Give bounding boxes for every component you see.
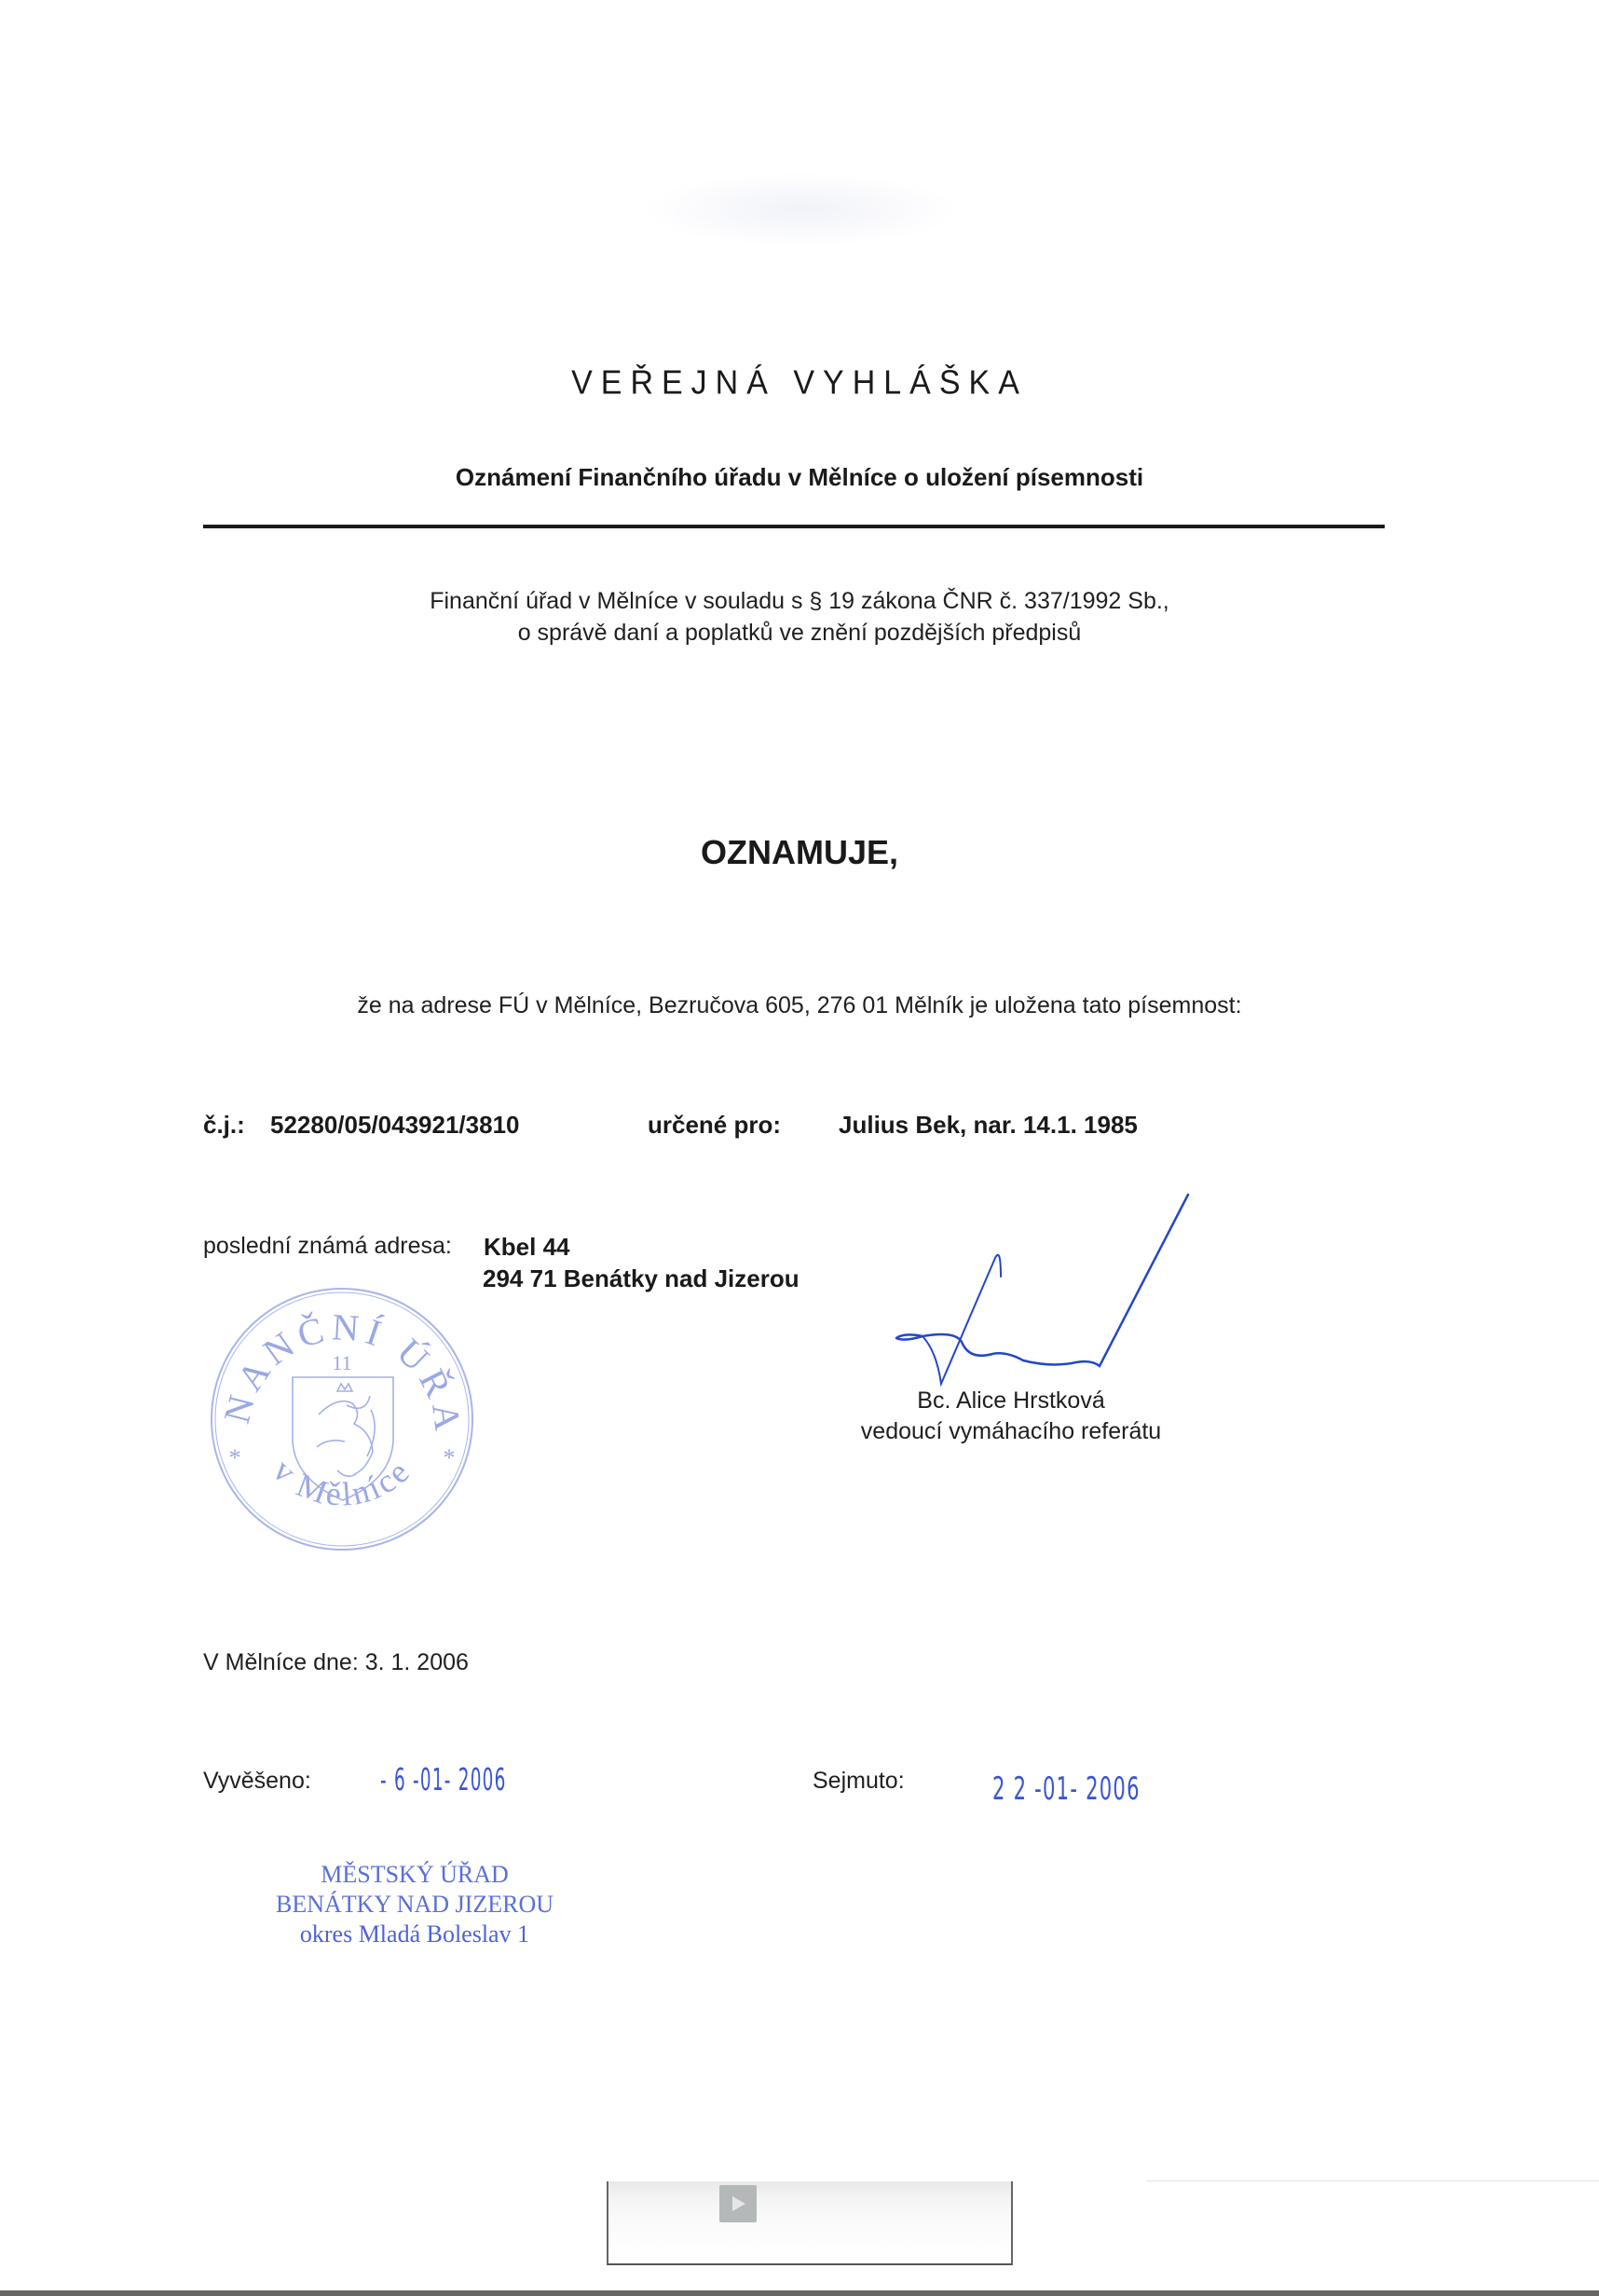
- removed-date-stamp: 2 2 -01- 2006: [992, 1770, 1141, 1808]
- signer-role: vedoucí vymáhacího referátu: [801, 1416, 1221, 1447]
- scan-edge-line: [1146, 2180, 1599, 2181]
- office-stamp-line: okres Mladá Boleslav 1: [224, 1920, 606, 1949]
- svg-text:v Mělníce: v Mělníce: [266, 1452, 417, 1513]
- announce-heading: OZNAMUJE,: [0, 833, 1599, 872]
- signature: [885, 1193, 1202, 1416]
- posted-label: Vyvěšeno:: [203, 1768, 311, 1795]
- office-stamp-line: BENÁTKY NAD JIZEROU: [224, 1890, 606, 1920]
- posted-date-stamp: - 6 -01- 2006: [380, 1761, 507, 1797]
- legal-intro-line: o správě daní a poplatků ve znění pozděj…: [0, 617, 1599, 649]
- official-seal-icon: FINANČNÍ ÚŘAD v Mělníce 11 * *: [207, 1284, 477, 1554]
- svg-text:*: *: [444, 1444, 456, 1471]
- document-title: VEŘEJNÁ VYHLÁŠKA: [0, 364, 1599, 403]
- recipient-label: určené pro:: [648, 1111, 781, 1140]
- legal-intro: Finanční úřad v Mělníce v souladu s § 19…: [0, 585, 1599, 649]
- removed-label: Sejmuto:: [813, 1768, 905, 1795]
- office-stamp-line: MĚSTSKÝ ÚŘAD: [224, 1860, 606, 1890]
- signer-block: Bc. Alice Hrstková vedoucí vymáhacího re…: [801, 1386, 1221, 1447]
- storage-statement: že na adrese FÚ v Mělníce, Bezručova 605…: [0, 992, 1599, 1019]
- address-label: poslední známá adresa:: [203, 1233, 452, 1260]
- issue-date: V Mělníce dne: 3. 1. 2006: [203, 1649, 469, 1676]
- legal-intro-line: Finanční úřad v Mělníce v souladu s § 19…: [0, 585, 1599, 617]
- address-line-1: Kbel 44: [484, 1233, 570, 1262]
- scanner-bottom-edge: [0, 2290, 1599, 2296]
- svg-text:*: *: [229, 1444, 241, 1471]
- scan-smudge: [643, 172, 960, 247]
- scanner-tray-artifact: [607, 2181, 1013, 2265]
- reference-number: 52280/05/043921/3810: [270, 1111, 520, 1140]
- municipal-office-stamp: MĚSTSKÝ ÚŘAD BENÁTKY NAD JIZEROU okres M…: [224, 1860, 606, 1949]
- recipient-value: Julius Bek, nar. 14.1. 1985: [839, 1111, 1138, 1140]
- film-icon: [719, 2185, 757, 2222]
- title-divider: [203, 525, 1385, 528]
- signer-name: Bc. Alice Hrstková: [801, 1386, 1221, 1416]
- document-subtitle: Oznámení Finančního úřadu v Mělníce o ul…: [0, 463, 1599, 492]
- svg-text:11: 11: [332, 1351, 351, 1374]
- reference-label: č.j.:: [203, 1111, 245, 1140]
- address-line-2: 294 71 Benátky nad Jizerou: [483, 1264, 799, 1293]
